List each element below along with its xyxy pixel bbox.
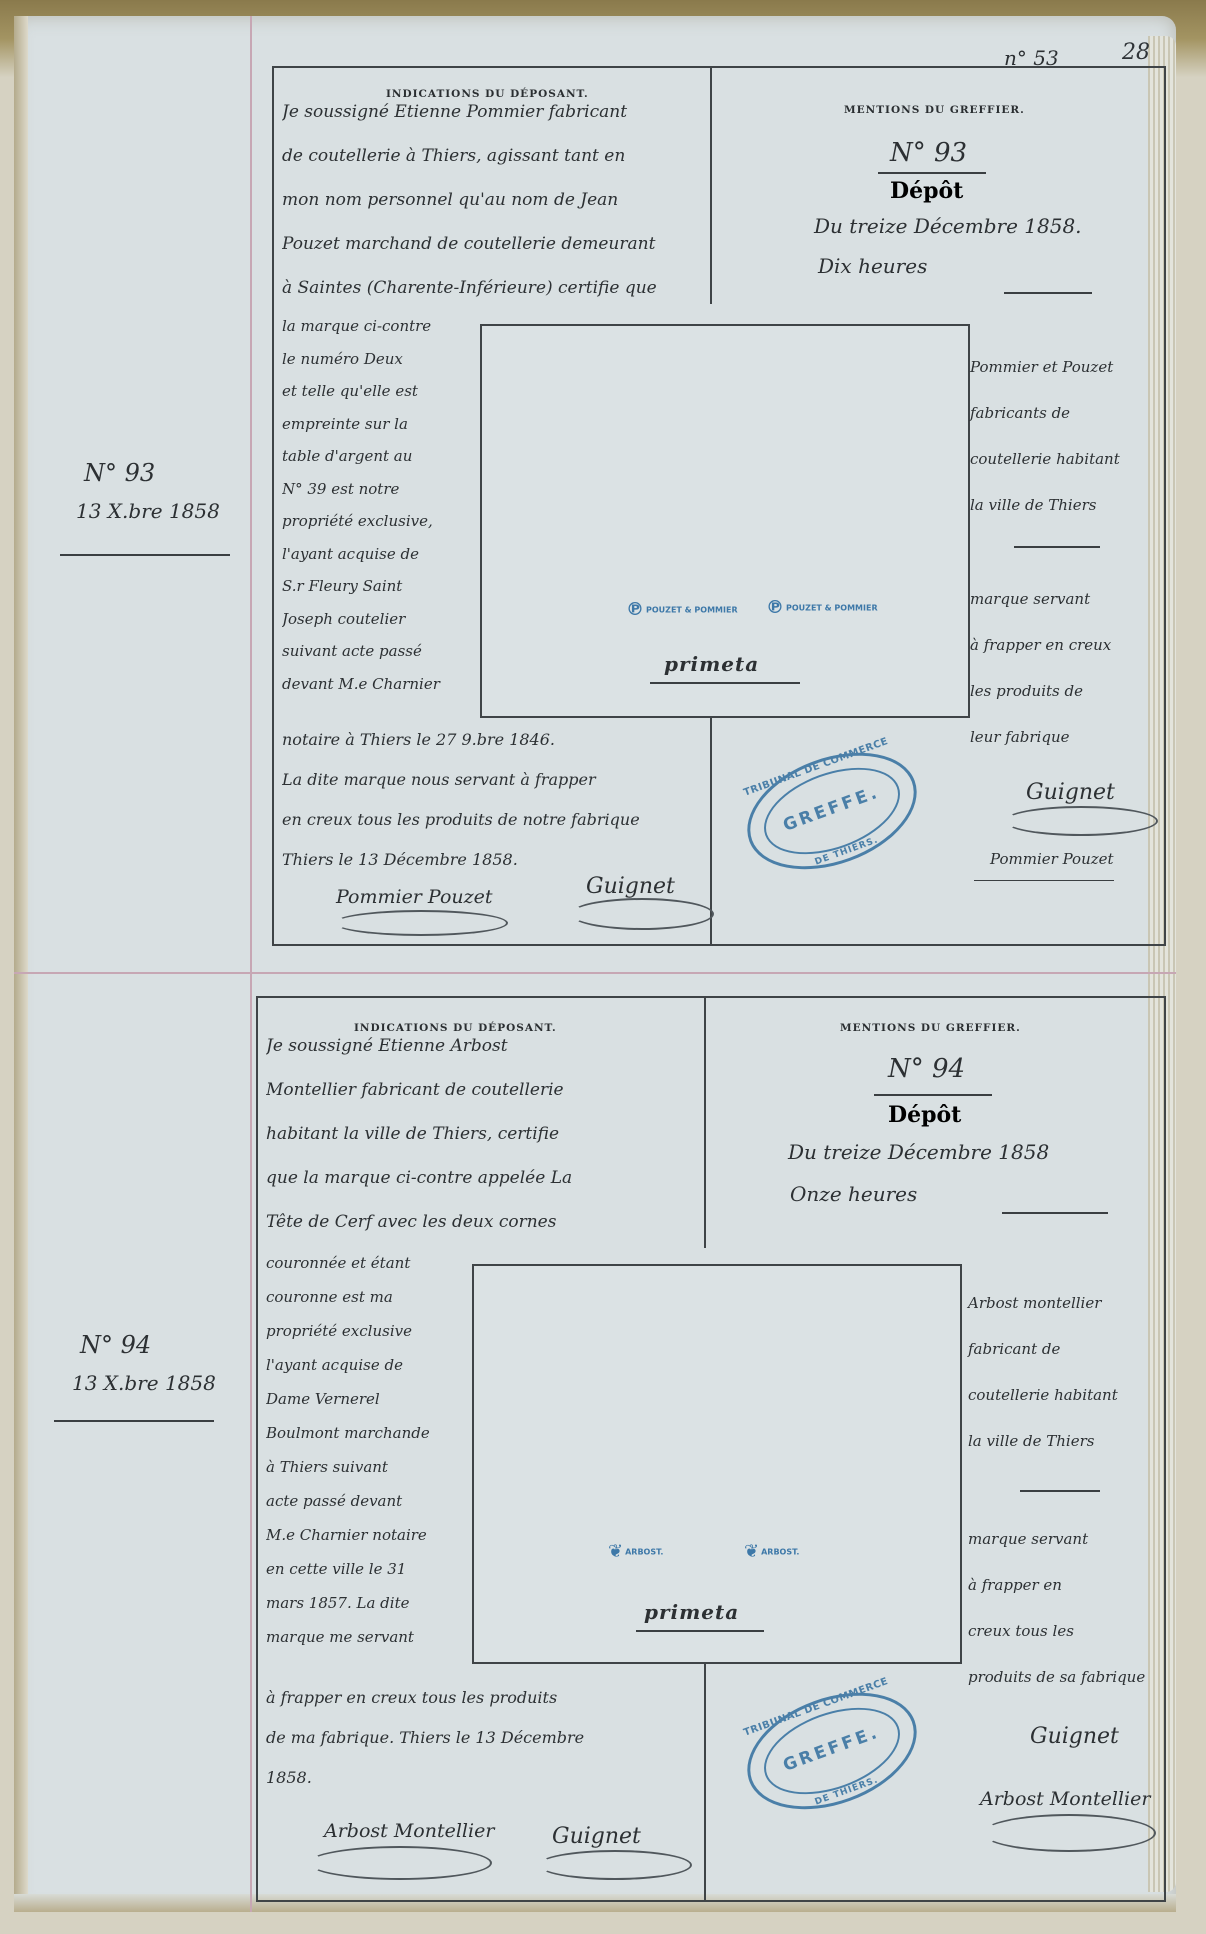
stag-head-icon: ❦ xyxy=(744,1541,759,1562)
depositor-signature-right: Pommier Pouzet xyxy=(990,850,1114,868)
monogram-icon: ℗ xyxy=(766,597,784,618)
depot-label: Dépôt xyxy=(888,1102,961,1128)
margin-entry-number: N° 94 xyxy=(80,1328,151,1362)
deposit-entry-94: INDICATIONS DU DÉPOSANT. MENTIONS DU GRE… xyxy=(256,996,1166,1902)
greffier-mark-text: marque servant à frapper en creux les pr… xyxy=(970,576,1111,760)
greffier-header: MENTIONS DU GREFFIER. xyxy=(840,1022,1021,1034)
book-spine xyxy=(14,16,28,1912)
greffier-signature-right: Guignet xyxy=(1030,1724,1119,1749)
depot-label: Dépôt xyxy=(890,178,963,204)
mark-label: primeta xyxy=(644,1600,739,1624)
margin-underline xyxy=(60,554,230,556)
greffe-stamp: TRIBUNAL DE COMMERCE GREFFE. DE THIERS. xyxy=(731,731,933,891)
greffier-entry-number: N° 93 xyxy=(890,138,967,168)
margin-rule-horizontal xyxy=(14,972,1176,974)
folio-number: 28 xyxy=(1122,40,1150,65)
greffier-signature-right: Guignet xyxy=(1026,780,1115,805)
depositor-text-narrow: la marque ci-contre le numéro Deux et te… xyxy=(282,310,474,700)
greffier-header: MENTIONS DU GREFFIER. xyxy=(844,104,1025,116)
depot-hour: Onze heures xyxy=(790,1182,917,1206)
trademark-stamp-2: ❦ARBOST. xyxy=(744,1548,799,1557)
register-page: n° 53 28 N° 93 13 X.bre 1858 INDICATIONS… xyxy=(14,16,1176,1912)
depot-date: Du treize Décembre 1858. xyxy=(814,214,1082,238)
trademark-impression-box: ℗POUZET & POMMIER ℗POUZET & POMMIER prim… xyxy=(480,324,970,718)
greffier-entry-number: N° 94 xyxy=(888,1054,965,1084)
greffier-mark-text: marque servant à frapper en creux tous l… xyxy=(968,1516,1145,1700)
margin-underline xyxy=(54,1420,214,1422)
stag-head-icon: ❦ xyxy=(608,1541,623,1562)
depositor-signature: Pommier Pouzet xyxy=(336,886,493,908)
trademark-stamp-1: ℗POUZET & POMMIER xyxy=(626,606,738,615)
greffe-stamp: TRIBUNAL DE COMMERCE GREFFE. DE THIERS. xyxy=(731,1671,933,1831)
depositor-text-full: Je soussigné Etienne Arbost Montellier f… xyxy=(266,1024,698,1244)
depot-date: Du treize Décembre 1858 xyxy=(788,1140,1049,1164)
greffier-signature: Guignet xyxy=(586,874,675,899)
greffier-flourish xyxy=(570,898,714,930)
margin-entry-date: 13 X.bre 1858 xyxy=(72,1366,216,1400)
trademark-impression-box: ❦ARBOST. ❦ARBOST. primeta xyxy=(472,1264,962,1664)
trademark-stamp-1: ❦ARBOST. xyxy=(608,1548,663,1557)
deposit-entry-93: INDICATIONS DU DÉPOSANT. MENTIONS DU GRE… xyxy=(272,66,1166,946)
depositor-signature: Arbost Montellier xyxy=(324,1820,494,1842)
depositor-text-after: notaire à Thiers le 27 9.bre 1846. La di… xyxy=(282,720,702,880)
depot-hour: Dix heures xyxy=(818,254,927,278)
margin-rule-vertical xyxy=(250,16,252,1912)
depositor-text-full: Je soussigné Etienne Pommier fabricant d… xyxy=(282,90,702,310)
greffier-party-text: Pommier et Pouzet fabricants de coutelle… xyxy=(970,344,1120,528)
mark-label: primeta xyxy=(664,652,759,676)
depositor-text-narrow: couronnée et étant couronne est ma propr… xyxy=(266,1246,458,1654)
depositor-text-after: à frapper en creux tous les produits de … xyxy=(266,1678,698,1798)
margin-entry-number: N° 93 xyxy=(84,456,155,490)
column-divider-top xyxy=(710,68,712,304)
monogram-icon: ℗ xyxy=(626,599,644,620)
trademark-stamp-2: ℗POUZET & POMMIER xyxy=(766,604,878,613)
signature-flourish xyxy=(334,910,508,936)
depositor-signature-right: Arbost Montellier xyxy=(980,1788,1150,1810)
margin-entry-date: 13 X.bre 1858 xyxy=(76,494,220,528)
greffier-signature: Guignet xyxy=(552,1824,641,1849)
greffier-party-text: Arbost montellier fabricant de couteller… xyxy=(968,1280,1118,1464)
